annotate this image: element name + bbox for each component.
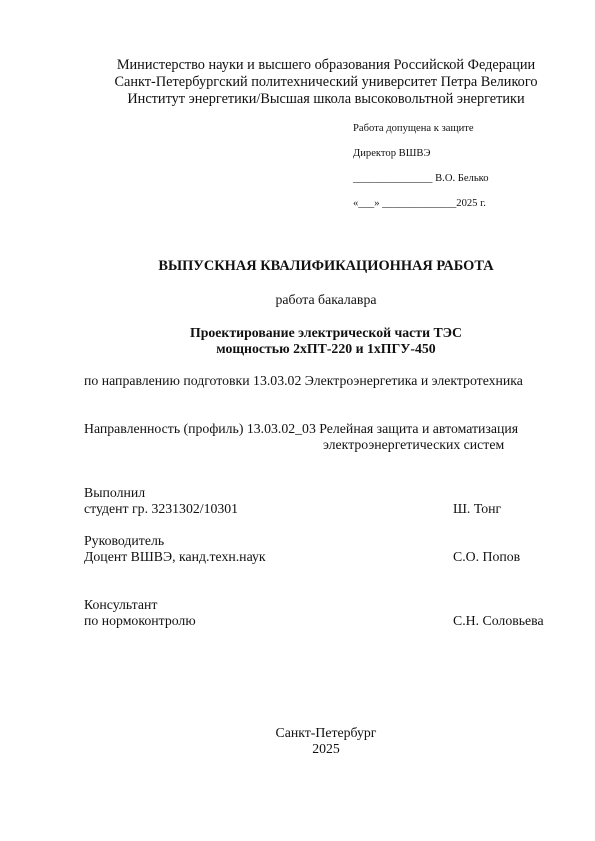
study-direction: по направлению подготовки 13.03.02 Элект… bbox=[84, 373, 523, 389]
performer-detail: студент гр. 3231302/10301 bbox=[84, 501, 238, 517]
work-type: работа бакалавра bbox=[0, 292, 595, 308]
approval-date-line: «___» ______________2025 г. bbox=[353, 198, 486, 210]
topic-line-1: Проектирование электрической части ТЭС bbox=[0, 325, 595, 341]
director-position: Директор ВШВЭ bbox=[353, 148, 430, 160]
city: Санкт-Петербург bbox=[0, 725, 595, 741]
performer-name: Ш. Тонг bbox=[453, 501, 501, 517]
supervisor-detail: Доцент ВШВЭ, канд.техн.наук bbox=[84, 549, 266, 565]
supervisor-role: Руководитель bbox=[84, 533, 164, 549]
institute-line: Институт энергетики/Высшая школа высоков… bbox=[0, 91, 595, 108]
profile-line-2: электроэнергетических систем bbox=[323, 437, 504, 453]
ministry-line: Министерство науки и высшего образования… bbox=[0, 57, 595, 74]
admitted-to-defense: Работа допущена к защите bbox=[353, 123, 474, 135]
consultant-name: С.Н. Соловьева bbox=[453, 613, 544, 629]
university-line: Санкт-Петербургский политехнический унив… bbox=[0, 74, 595, 91]
consultant-detail: по нормоконтролю bbox=[84, 613, 196, 629]
supervisor-name: С.О. Попов bbox=[453, 549, 520, 565]
director-signature-line: _______________ В.О. Белько bbox=[353, 173, 489, 185]
year: 2025 bbox=[0, 741, 595, 757]
performer-role: Выполнил bbox=[84, 485, 145, 501]
consultant-role: Консультант bbox=[84, 597, 157, 613]
profile-line-1: Направленность (профиль) 13.03.02_03 Рел… bbox=[84, 421, 518, 437]
topic-line-2: мощностью 2хПТ-220 и 1хПГУ-450 bbox=[0, 341, 595, 357]
document-title: ВЫПУСКНАЯ КВАЛИФИКАЦИОННАЯ РАБОТА bbox=[0, 258, 595, 275]
